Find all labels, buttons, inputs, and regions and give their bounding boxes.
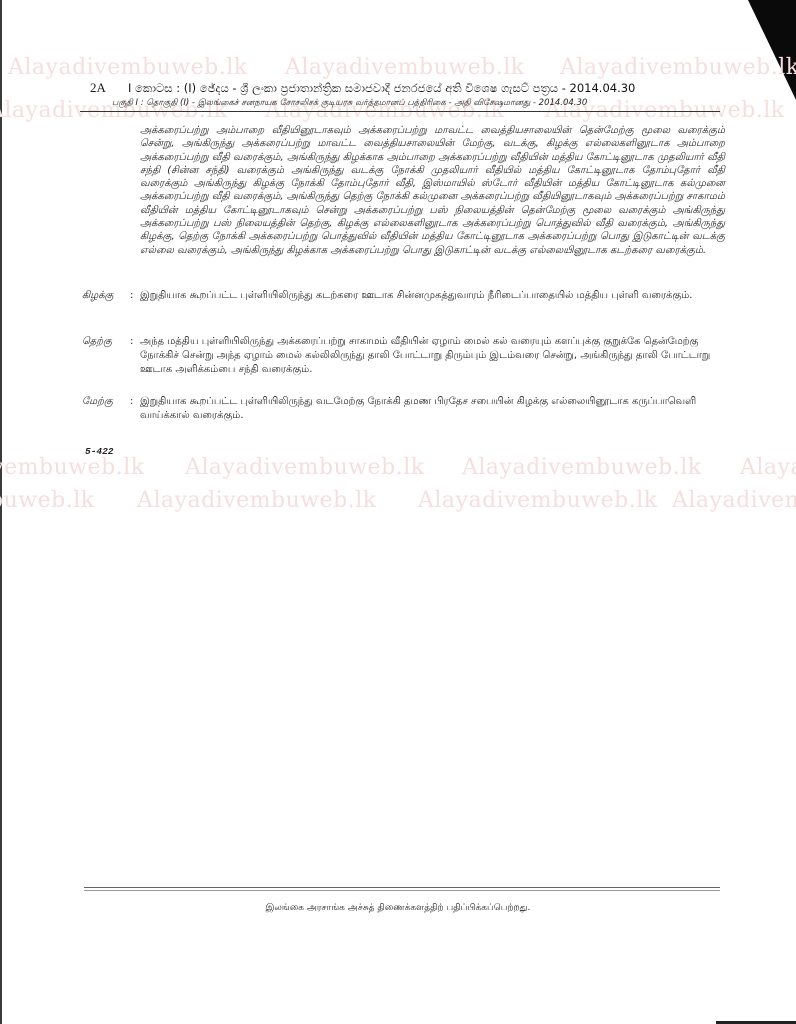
gazette-header: 2A I කොටස : (I) ඡේදය - ශ්‍රී ලංකා ප්‍රජා… — [90, 80, 720, 109]
reference-code: 5-422 — [85, 446, 114, 457]
watermark: Alayadivembuweb.lk — [0, 455, 145, 480]
watermark: Alayadivembuweb.lk — [8, 55, 248, 80]
watermark: Alayadivembuweb.lk — [672, 488, 796, 513]
scan-corner-shadow — [748, 0, 796, 100]
section-text: இறுதியாக கூறப்பட்ட புள்ளியிலிருந்து கடற்… — [140, 289, 732, 303]
section-label: மேற்கு — [82, 395, 130, 423]
watermark: Alayadivembuweb.lk — [137, 488, 377, 513]
header-title-tamil: பகுதி I : தொகுதி (I) - இலங்கைச் சனநாயக ச… — [112, 98, 720, 109]
footer-divider — [84, 890, 720, 891]
watermark: Alayadivembuweb.lk — [462, 455, 702, 480]
watermark: Alayadivembuweb.lk — [185, 455, 425, 480]
page-number: 2A — [90, 80, 128, 96]
watermark: Alayadivembuweb.lk — [740, 455, 796, 480]
scan-left-edge — [0, 0, 2, 1024]
section-text: இறுதியாக கூறப்பட்ட புள்ளியிலிருந்து வடமே… — [140, 395, 732, 423]
header-divider — [80, 111, 720, 112]
printer-footer: இலங்கை அரசாங்க அச்சுத் திணைக்களத்திற் பத… — [0, 903, 796, 914]
section-east: கிழக்கு : இறுதியாக கூறப்பட்ட புள்ளியிலிர… — [82, 289, 732, 303]
section-text: அந்த மத்திய புள்ளியிலிருந்து அக்கரைப்பற்… — [140, 335, 732, 377]
section-west: மேற்கு : இறுதியாக கூறப்பட்ட புள்ளியிலிரு… — [82, 395, 732, 423]
boundary-description-paragraph: அக்கரைப்பற்று அம்பாறை வீதியினூடாகவும் அக… — [140, 124, 725, 257]
footer-divider — [84, 887, 720, 888]
section-colon: : — [130, 395, 140, 423]
watermark: Alayadivembuweb.lk — [285, 55, 525, 80]
header-title-sinhala: I කොටස : (I) ඡේදය - ශ්‍රී ලංකා ප්‍රජාතාන… — [128, 81, 635, 96]
section-label: தெற்கு — [82, 335, 130, 377]
watermark: Alayadivembuweb.lk — [0, 488, 95, 513]
section-colon: : — [130, 335, 140, 377]
watermark: Alayadivembuweb.lk — [418, 488, 658, 513]
section-colon: : — [130, 289, 140, 303]
section-label: கிழக்கு — [82, 289, 130, 303]
section-south: தெற்கு : அந்த மத்திய புள்ளியிலிருந்து அக… — [82, 335, 732, 377]
